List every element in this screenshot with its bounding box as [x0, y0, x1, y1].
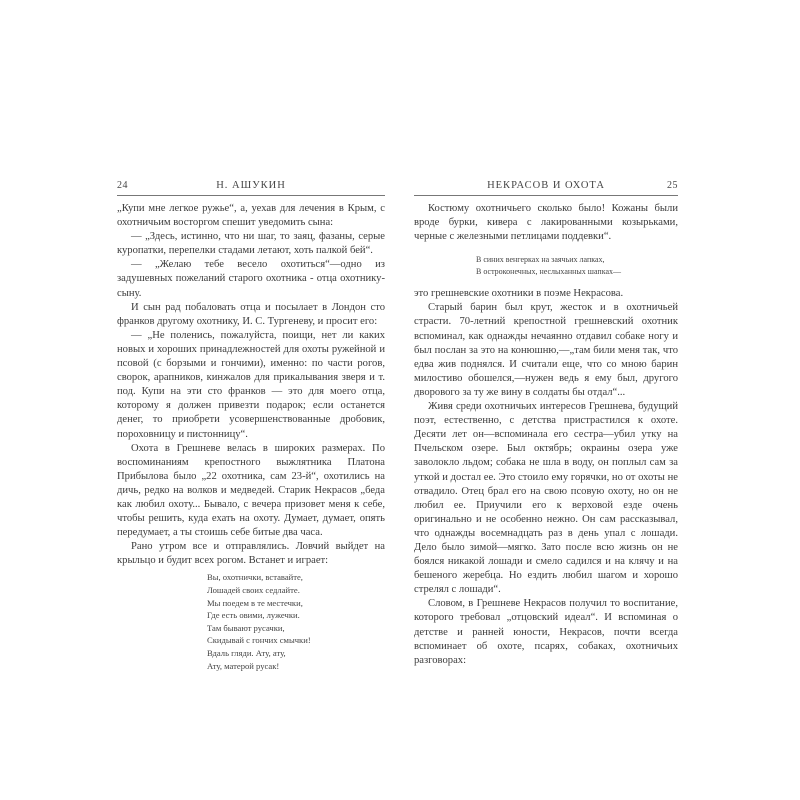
verse-line: Где есть овими, лужечки. — [207, 609, 385, 622]
paragraph: „Купи мне легкое ружье“, а, уехав для ле… — [117, 202, 385, 230]
paragraph: это грешневские охотники в поэме Некрасо… — [414, 287, 678, 301]
paragraph: И сын рад побаловать отца и посылает в Л… — [117, 301, 385, 329]
paragraph: Охота в Грешневе велась в широких размер… — [117, 442, 385, 541]
header-rule — [414, 195, 678, 196]
verse-line: Ату, матерой русак! — [207, 660, 385, 673]
book-spread: 24 Н. АШУКИН „Купи мне легкое ружье“, а,… — [0, 0, 800, 800]
verse-line: Мы поедем в те местечки, — [207, 597, 385, 610]
paragraph: Старый барин был крут, жесток и в охотни… — [414, 301, 678, 400]
right-running-head: НЕКРАСОВ И ОХОТА 25 — [414, 178, 678, 194]
verse-line: Скидывай с гончих смычки! — [207, 634, 385, 647]
verse-line: Вы, охотнички, вставайте, — [207, 571, 385, 584]
chapter-heading: НЕКРАСОВ И ОХОТА — [414, 180, 678, 191]
verse-line: В остроконечных, неслыханных шапках— — [476, 266, 678, 278]
left-page-body: „Купи мне легкое ружье“, а, уехав для ле… — [117, 202, 385, 568]
verse-line: Вдаль гляди. Ату, ату, — [207, 647, 385, 660]
paragraph: — „Не поленись, пожалуйста, поищи, нет л… — [117, 329, 385, 442]
hunting-song-verse: Вы, охотнички, вставайте,Лошадей своих с… — [117, 571, 385, 672]
right-page: НЕКРАСОВ И ОХОТА 25 Костюму охотничьего … — [414, 178, 678, 668]
right-page-body: это грешневские охотники в поэме Некрасо… — [414, 287, 678, 668]
paragraph: — „Здесь, истинно, что ни шаг, то заяц, … — [117, 230, 385, 258]
paragraph: Живя среди охотничьих интересов Грешнева… — [414, 400, 678, 597]
left-page: 24 Н. АШУКИН „Купи мне легкое ружье“, а,… — [117, 178, 385, 672]
verse-line: Лошадей своих седлайте. — [207, 584, 385, 597]
poem-quote-verse: В синих венгерках на заячьих лапках,В ос… — [414, 254, 678, 277]
author-heading: Н. АШУКИН — [117, 180, 385, 191]
paragraph: Рано утром все и отправлялись. Ловчий вы… — [117, 540, 385, 568]
left-running-head: 24 Н. АШУКИН — [117, 178, 385, 194]
verse-line: В синих венгерках на заячьих лапках, — [476, 254, 678, 266]
page-number: 25 — [667, 180, 678, 191]
header-rule — [117, 195, 385, 196]
paragraph: Костюму охотничьего сколько было! Кожаны… — [414, 202, 678, 244]
paragraph: Словом, в Грешневе Некрасов получил то в… — [414, 597, 678, 667]
right-page-body-top: Костюму охотничьего сколько было! Кожаны… — [414, 202, 678, 244]
paragraph: — „Желаю тебе весело охотиться“—одно из … — [117, 258, 385, 300]
verse-line: Там бывают русачки, — [207, 622, 385, 635]
